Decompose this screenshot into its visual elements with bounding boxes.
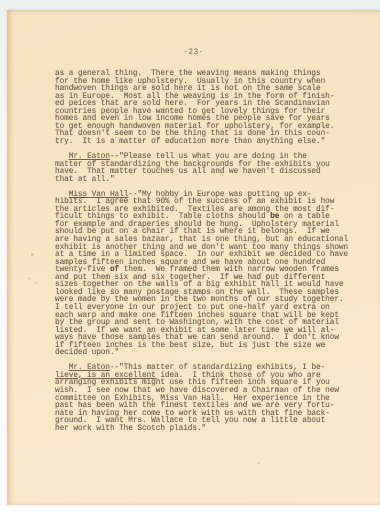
text-line: that at all." — [55, 177, 372, 185]
paragraph: as a general thing. There the weaving me… — [55, 71, 372, 146]
text-line: try. It is a matter of education more th… — [55, 139, 372, 147]
page-number: -23- — [7, 49, 380, 57]
document-page: -23- as a general thing. There the weavi… — [7, 10, 380, 505]
scan-background: -23- as a general thing. There the weavi… — [0, 0, 380, 520]
paper-speckle — [323, 128, 325, 130]
text-line: decided upon." — [55, 350, 372, 358]
paragraph: Mr. Eaton--"This matter of standardizing… — [55, 365, 372, 433]
paper-speckle — [35, 282, 37, 284]
paper-speckle — [257, 462, 260, 464]
text-segment: that at all." — [55, 176, 115, 184]
paper-speckle — [31, 253, 34, 256]
page-text: as a general thing. There the weaving me… — [55, 71, 372, 441]
paragraph: Mr. Eaton--"Please tell us what you are … — [55, 154, 372, 184]
text-segment: decided upon." — [55, 349, 119, 357]
paragraph: Miss Van Hall--"My hobby in Europe was p… — [55, 192, 372, 358]
paper-speckle — [28, 277, 31, 280]
text-line: her work with The Scotch plaids." — [55, 426, 372, 434]
text-segment: try. It is a matter of education more th… — [55, 138, 325, 146]
text-segment: her work with The Scotch plaids." — [55, 425, 206, 433]
